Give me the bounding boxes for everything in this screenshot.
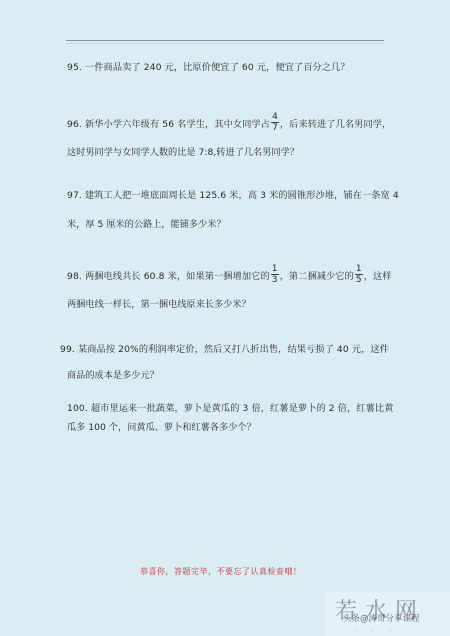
question-100: 100. 超市里运来一批蔬菜，萝卜是黄瓜的 3 倍，红薯是萝卜的 2 倍，红薯比… (67, 403, 392, 415)
fraction-1-3: 13 (271, 264, 279, 285)
question-number: 99. (60, 344, 75, 355)
question-number: 100. (67, 403, 88, 414)
question-99-line2: 商品的成本是多少元？ (67, 367, 159, 381)
question-98: 98. 两捆电线共长 60.8 米，如果第一捆增加它的13，第二捆减少它的15，… (67, 266, 392, 287)
question-text: 建筑工人把一堆底面周长是 125.6 米，高 3 米的圆锥形沙堆，铺在一条宽 4 (85, 190, 399, 201)
question-96: 96. 新华小学六年级有 56 名学生，其中女同学占47，后来转进了几名男同学， (67, 114, 392, 135)
question-number: 96. (67, 119, 82, 130)
watermark-subtext-decoration: — — — (353, 628, 398, 633)
fraction-4-7: 47 (271, 112, 279, 133)
question-99: 99. 某商品按 20%的利润率定价，然后又打八折出售，结果亏损了 40 元，这… (60, 344, 385, 356)
question-text-part: 两捆电线共长 60.8 米，如果第一捆增加它的 (85, 271, 270, 282)
question-number: 95. (67, 62, 82, 73)
footer-note: 恭喜你，答题完毕，不要忘了认真检查哦！ (140, 566, 302, 577)
header-divider-secondary (66, 43, 384, 44)
question-text: 超市里运来一批蔬菜，萝卜是黄瓜的 3 倍，红薯是萝卜的 2 倍，红薯比黄 (91, 403, 394, 414)
header-divider (66, 40, 384, 41)
watermark: 若水网 头条@涛哥分享课程 — — — (325, 592, 450, 636)
fraction-1-5: 15 (355, 264, 363, 285)
question-text-part: ，这样 (364, 271, 392, 282)
question-text-part: 新华小学六年级有 56 名学生，其中女同学占 (85, 119, 270, 130)
question-97-line2: 米，厚 5 厘米的公路上，能铺多少米？ (67, 216, 226, 230)
question-text-part: ，第二捆减少它的 (280, 271, 354, 282)
question-97: 97. 建筑工人把一堆底面周长是 125.6 米，高 3 米的圆锥形沙堆，铺在一… (67, 190, 392, 202)
question-number: 97. (67, 190, 82, 201)
question-100-line2: 瓜多 100 个，问黄瓜、萝卜和红薯各多少个？ (67, 419, 256, 433)
question-95: 95. 一件商品卖了 240 元，比原价便宜了 60 元，便宜了百分之几？ (67, 62, 392, 74)
question-text: 某商品按 20%的利润率定价，然后又打八折出售，结果亏损了 40 元，这件 (78, 344, 389, 355)
question-96-line2: 这时男同学与女同学人数的比是 7:8,转进了几名男同学？ (67, 144, 299, 158)
question-98-line2: 两捆电线一样长，第一捆电线原来长多少米？ (67, 296, 251, 310)
question-text: 一件商品卖了 240 元，比原价便宜了 60 元，便宜了百分之几？ (85, 62, 350, 73)
question-text-part: ，后来转进了几名男同学， (280, 119, 391, 130)
question-number: 98. (67, 271, 82, 282)
watermark-overlay-text: 头条@涛哥分享课程 (343, 612, 420, 624)
